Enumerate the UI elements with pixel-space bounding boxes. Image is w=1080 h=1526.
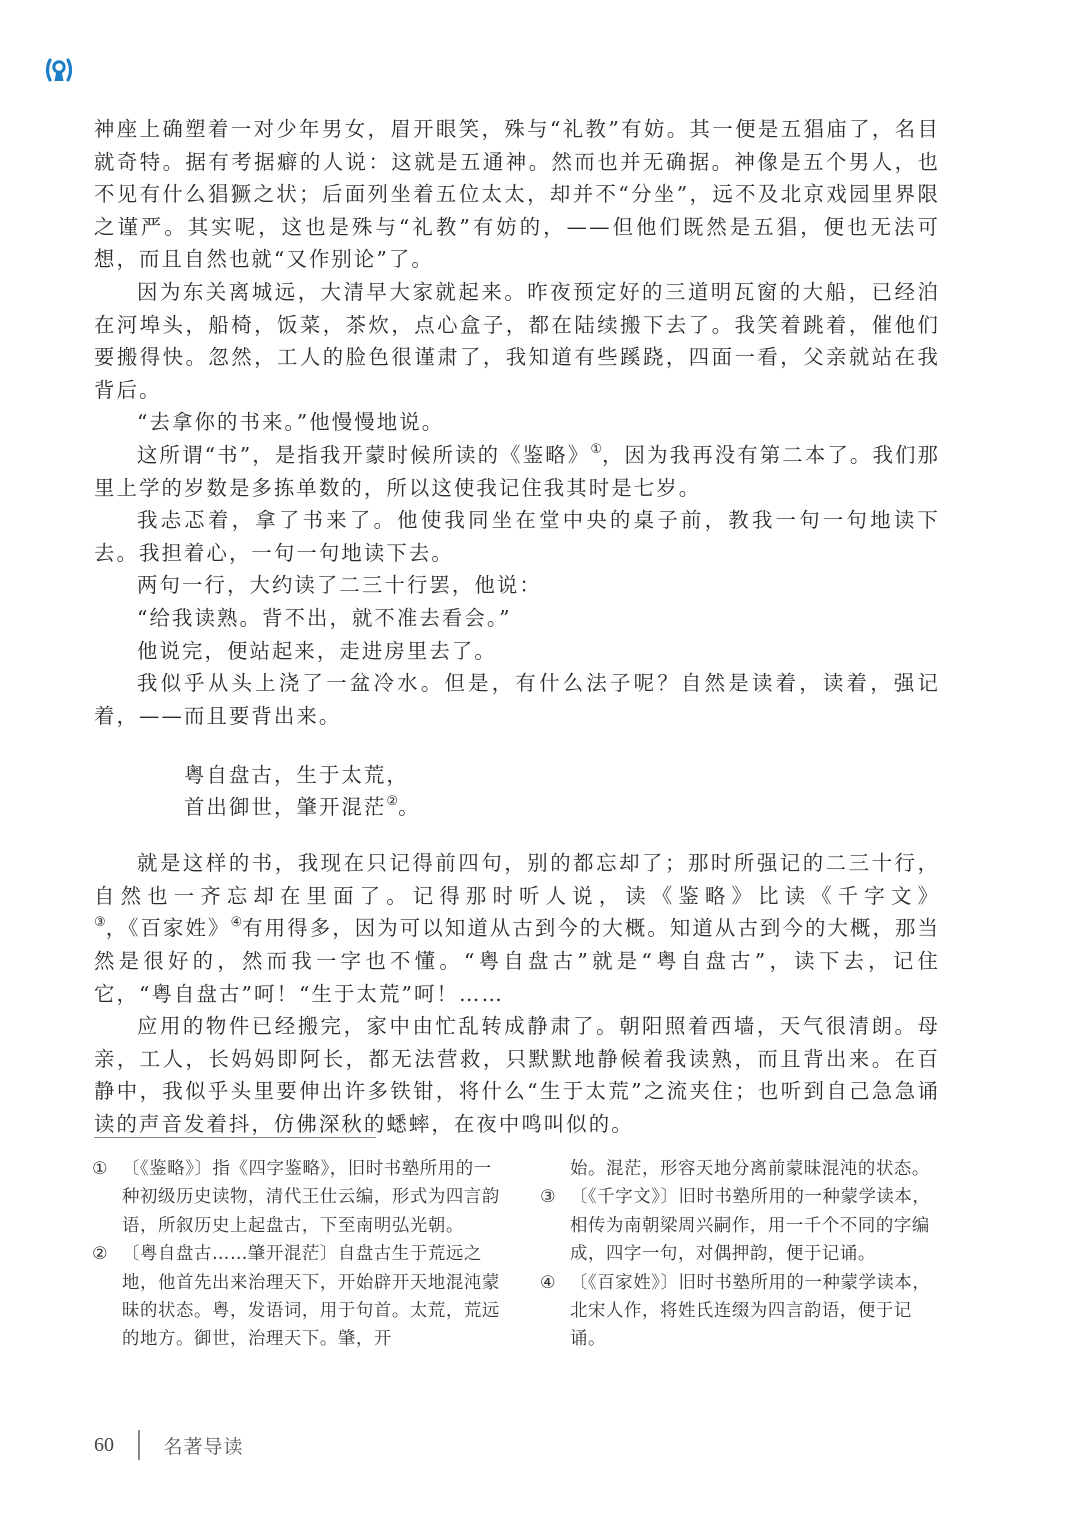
book-title: 名著导读	[164, 1432, 244, 1459]
footnote-number: ③	[540, 1183, 570, 1211]
dialogue-line: “给我读熟。背不出，就不准去看会。”	[94, 602, 940, 635]
footnote-number: ①	[92, 1155, 122, 1183]
paragraph: 两句一行，大约读了二三十行罢，他说：	[94, 569, 940, 602]
footnotes-left-column: ①〔《鉴略》〕指《四字鉴略》，旧时书塾所用的一种初级历史读物，清代王仕云编，形式…	[92, 1155, 502, 1354]
keyhole-signal-icon	[44, 56, 74, 84]
poem-line: 粤自盘古，生于太荒，	[184, 759, 940, 791]
paragraph: 这所谓“书”，是指我开蒙时候所读的《鉴略》①，因为我再没有第二本了。我们那里上学…	[94, 439, 940, 504]
main-text: 神座上确塑着一对少年男女，眉开眼笑，殊与“礼教”有妨。其一便是五猖庙了，名目就奇…	[94, 113, 940, 1141]
page-footer: 60 名著导读	[94, 1430, 244, 1460]
footnote-text: 〔《鉴略》〕指《四字鉴略》，旧时书塾所用的一种初级历史读物，清代王仕云编，形式为…	[122, 1159, 500, 1236]
paragraph: 应用的物件已经搬完，家中由忙乱转成静肃了。朝阳照着西墙，天气很清朗。母亲，工人，…	[94, 1010, 940, 1140]
poem-line: 首出御世，肇开混茫②。	[184, 791, 940, 823]
footnote-ref-2[interactable]: ②	[386, 794, 398, 809]
footnote-2-continuation: 始。混茫，形容天地分离前蒙昧混沌的状态。	[540, 1155, 945, 1183]
page-number: 60	[94, 1434, 138, 1457]
footnote-text: 〔《百家姓》〕旧时书塾所用的一种蒙学读本，北宋人作，将姓氏连缀为四言韵语，便于记…	[570, 1273, 930, 1350]
paragraph: 就是这样的书，我现在只记得前四句，别的都忘却了；那时所强记的二三十行，自然也一齐…	[94, 847, 940, 1010]
paragraph: 神座上确塑着一对少年男女，眉开眼笑，殊与“礼教”有妨。其一便是五猖庙了，名目就奇…	[94, 113, 940, 276]
dialogue-line: “去拿你的书来。”他慢慢地说。	[94, 406, 940, 439]
poem-quote: 粤自盘古，生于太荒， 首出御世，肇开混茫②。	[184, 759, 940, 823]
footnote-text: 〔《千字文》〕旧时书塾所用的一种蒙学读本，相传为南朝梁周兴嗣作，用一千个不同的字…	[570, 1187, 930, 1264]
paragraph: 我忐忑着，拿了书来了。他使我同坐在堂中央的桌子前，教我一句一句地读下去。我担着心…	[94, 504, 940, 569]
footnote-ref-1[interactable]: ①	[590, 442, 602, 457]
footnote-number: ④	[540, 1269, 570, 1297]
footnote-ref-3[interactable]: ③	[94, 915, 106, 930]
text-span: 首出御世，肇开混茫	[184, 795, 386, 819]
footnote-number: ②	[92, 1240, 122, 1268]
footnote-text: 〔粤自盘古……肇开混茫〕自盘古生于荒远之地，他首先出来治理天下，开始辟开天地混沌…	[122, 1244, 500, 1349]
text-span: 。	[398, 795, 421, 819]
footnote-3: ③〔《千字文》〕旧时书塾所用的一种蒙学读本，相传为南朝梁周兴嗣作，用一千个不同的…	[540, 1183, 945, 1268]
paragraph: 我似乎从头上浇了一盆冷水。但是，有什么法子呢？自然是读着，读着，强记着，——而且…	[94, 667, 940, 732]
footnote-1: ①〔《鉴略》〕指《四字鉴略》，旧时书塾所用的一种初级历史读物，清代王仕云编，形式…	[92, 1155, 502, 1240]
footnote-ref-4[interactable]: ④	[231, 915, 243, 930]
footer-divider	[138, 1430, 140, 1460]
footnotes-right-column: 始。混茫，形容天地分离前蒙昧混沌的状态。 ③〔《千字文》〕旧时书塾所用的一种蒙学…	[540, 1155, 945, 1354]
paragraph: 因为东关离城远，大清早大家就起来。昨夜预定好的三道明瓦窗的大船，已经泊在河埠头，…	[94, 276, 940, 406]
paragraph: 他说完，便站起来，走进房里去了。	[94, 635, 940, 668]
footnote-4: ④〔《百家姓》〕旧时书塾所用的一种蒙学读本，北宋人作，将姓氏连缀为四言韵语，便于…	[540, 1269, 945, 1354]
text-span: ，《百家姓》	[106, 916, 231, 940]
footnote-divider	[94, 1137, 376, 1138]
text-span: 这所谓“书”，是指我开蒙时候所读的《鉴略》	[137, 443, 590, 467]
footnote-2: ②〔粤自盘古……肇开混茫〕自盘古生于荒远之地，他首先出来治理天下，开始辟开天地混…	[92, 1240, 502, 1354]
text-span: 就是这样的书，我现在只记得前四句，别的都忘却了；那时所强记的二三十行，自然也一齐…	[94, 851, 940, 908]
